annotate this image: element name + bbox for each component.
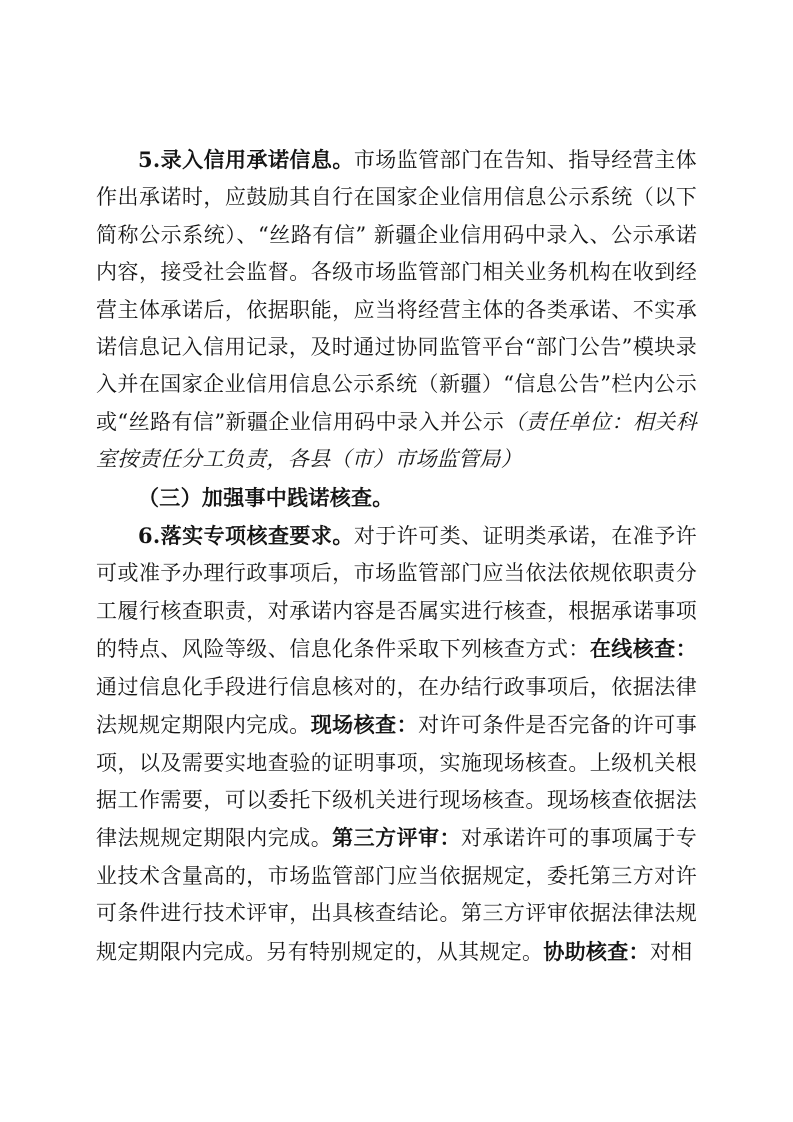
item-6-paragraph-run-8: 协助核查：	[543, 939, 650, 964]
item-6-paragraph-run-2: 在线核查：	[590, 636, 697, 661]
document-page: 5.录入信用承诺信息。市场监管部门在告知、指导经营主体作出承诺时，应鼓励其自行在…	[0, 0, 793, 1122]
item-5-paragraph-run-0: 5.录入信用承诺信息。	[138, 147, 354, 172]
item-6-paragraph: 6.落实专项核查要求。对于许可类、证明类承诺，在准予许可或准予办理行政事项后，市…	[96, 517, 697, 971]
item-6-paragraph-run-6: 第三方评审：	[332, 825, 461, 850]
item-6-paragraph-run-4: 现场核查：	[311, 712, 418, 737]
item-5-paragraph: 5.录入信用承诺信息。市场监管部门在告知、指导经营主体作出承诺时，应鼓励其自行在…	[96, 141, 697, 479]
item-5-paragraph-run-1: 市场监管部门在告知、指导经营主体作出承诺时，应鼓励其自行在国家企业信用信息公示系…	[96, 148, 697, 434]
item-6-paragraph-run-0: 6.落实专项核查要求。	[138, 523, 354, 548]
section-3-heading: （三）加强事中践诺核查。	[96, 479, 697, 517]
document-body: 5.录入信用承诺信息。市场监管部门在告知、指导经营主体作出承诺时，应鼓励其自行在…	[96, 141, 697, 971]
section-3-heading-run-0: （三）加强事中践诺核查。	[138, 485, 394, 510]
item-6-paragraph-run-9: 对相	[650, 940, 693, 964]
